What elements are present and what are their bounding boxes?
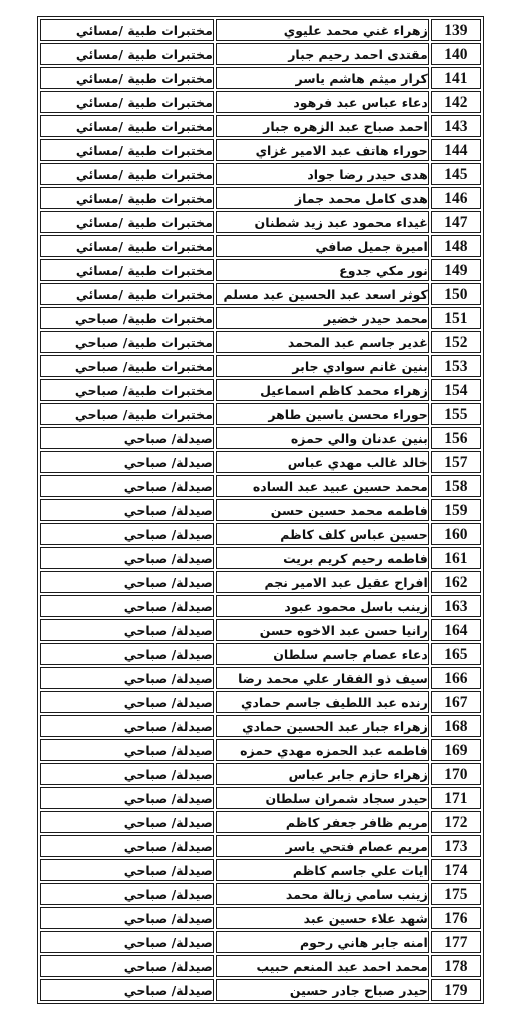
- row-number: 153: [431, 355, 481, 377]
- row-number: 166: [431, 667, 481, 689]
- student-name: محمد حيدر خضير: [216, 307, 429, 329]
- student-name: رانيا حسن عبد الاخوه حسن: [216, 619, 429, 641]
- department-shift: صيدلة/ صباحي: [40, 859, 214, 881]
- table-row: 159 فاطمه محمد حسين حسن صيدلة/ صباحي: [40, 499, 481, 521]
- table-row: 161 فاطمه رحيم كريم بريت صيدلة/ صباحي: [40, 547, 481, 569]
- row-number: 148: [431, 235, 481, 257]
- student-name: دعاء عصام جاسم سلطان: [216, 643, 429, 665]
- student-name: فاطمه محمد حسين حسن: [216, 499, 429, 521]
- table-row: 179 حيدر صباح جادر حسين صيدلة/ صباحي: [40, 979, 481, 1001]
- row-number: 139: [431, 19, 481, 41]
- department-shift: صيدلة/ صباحي: [40, 739, 214, 761]
- student-name: زينب باسل محمود عبود: [216, 595, 429, 617]
- table-row: 175 زينب سامي زبالة محمد صيدلة/ صباحي: [40, 883, 481, 905]
- department-shift: صيدلة/ صباحي: [40, 715, 214, 737]
- table-row: 178 محمد احمد عبد المنعم حبيب صيدلة/ صبا…: [40, 955, 481, 977]
- department-shift: صيدلة/ صباحي: [40, 451, 214, 473]
- table-row: 145 هدى حيدر رضا جواد مختبرات طبية /مسائ…: [40, 163, 481, 185]
- department-shift: صيدلة/ صباحي: [40, 955, 214, 977]
- student-name: مقتدى احمد رحيم جبار: [216, 43, 429, 65]
- student-name: احمد صباح عبد الزهره جبار: [216, 115, 429, 137]
- row-number: 173: [431, 835, 481, 857]
- department-shift: صيدلة/ صباحي: [40, 547, 214, 569]
- row-number: 167: [431, 691, 481, 713]
- table-row: 146 هدى كامل محمد جماز مختبرات طبية /مسا…: [40, 187, 481, 209]
- table-row: 156 بنين عدنان والي حمزه صيدلة/ صباحي: [40, 427, 481, 449]
- table-row: 168 زهراء جبار عبد الحسين حمادي صيدلة/ ص…: [40, 715, 481, 737]
- student-name: خالد غالب مهدي عباس: [216, 451, 429, 473]
- table-row: 149 نور مكي جدوع مختبرات طبية /مسائي: [40, 259, 481, 281]
- row-number: 142: [431, 91, 481, 113]
- row-number: 143: [431, 115, 481, 137]
- table-row: 155 حوراء محسن ياسين طاهر مختبرات طبية/ …: [40, 403, 481, 425]
- table-row: 165 دعاء عصام جاسم سلطان صيدلة/ صباحي: [40, 643, 481, 665]
- table-row: 171 حيدر سجاد شمران سلطان صيدلة/ صباحي: [40, 787, 481, 809]
- department-shift: صيدلة/ صباحي: [40, 595, 214, 617]
- department-shift: مختبرات طبية /مسائي: [40, 91, 214, 113]
- row-number: 158: [431, 475, 481, 497]
- row-number: 177: [431, 931, 481, 953]
- row-number: 161: [431, 547, 481, 569]
- table-row: 163 زينب باسل محمود عبود صيدلة/ صباحي: [40, 595, 481, 617]
- table-row: 157 خالد غالب مهدي عباس صيدلة/ صباحي: [40, 451, 481, 473]
- row-number: 157: [431, 451, 481, 473]
- row-number: 174: [431, 859, 481, 881]
- student-name: غيداء محمود عبد زيد شطنان: [216, 211, 429, 233]
- student-name: زهراء جبار عبد الحسين حمادي: [216, 715, 429, 737]
- table-row: 160 حسين عباس كلف كاظم صيدلة/ صباحي: [40, 523, 481, 545]
- department-shift: صيدلة/ صباحي: [40, 979, 214, 1001]
- table-row: 139 زهراء غني محمد عليوي مختبرات طبية /م…: [40, 19, 481, 41]
- row-number: 147: [431, 211, 481, 233]
- student-name: بنين عدنان والي حمزه: [216, 427, 429, 449]
- department-shift: مختبرات طبية /مسائي: [40, 163, 214, 185]
- row-number: 175: [431, 883, 481, 905]
- table-row: 167 رنده عبد اللطيف جاسم حمادي صيدلة/ صب…: [40, 691, 481, 713]
- department-shift: مختبرات طبية /مسائي: [40, 187, 214, 209]
- row-number: 146: [431, 187, 481, 209]
- student-name: حيدر سجاد شمران سلطان: [216, 787, 429, 809]
- student-name: امنه جابر هاني رحوم: [216, 931, 429, 953]
- row-number: 152: [431, 331, 481, 353]
- department-shift: صيدلة/ صباحي: [40, 475, 214, 497]
- student-name: حسين عباس كلف كاظم: [216, 523, 429, 545]
- department-shift: مختبرات طبية /مسائي: [40, 67, 214, 89]
- row-number: 162: [431, 571, 481, 593]
- table-row: 144 حوراء هاتف عبد الامير غزاي مختبرات ط…: [40, 139, 481, 161]
- table-row: 174 ايات علي جاسم كاظم صيدلة/ صباحي: [40, 859, 481, 881]
- table-row: 152 غدير جاسم عبد المحمد مختبرات طبية/ ص…: [40, 331, 481, 353]
- row-number: 149: [431, 259, 481, 281]
- table-row: 176 شهد علاء حسين عبد صيدلة/ صباحي: [40, 907, 481, 929]
- student-name: فاطمه عبد الحمزه مهدي حمزه: [216, 739, 429, 761]
- department-shift: صيدلة/ صباحي: [40, 907, 214, 929]
- table-row: 148 اميرة جميل صافي مختبرات طبية /مسائي: [40, 235, 481, 257]
- row-number: 155: [431, 403, 481, 425]
- row-number: 154: [431, 379, 481, 401]
- department-shift: صيدلة/ صباحي: [40, 691, 214, 713]
- department-shift: صيدلة/ صباحي: [40, 811, 214, 833]
- department-shift: مختبرات طبية/ صباحي: [40, 379, 214, 401]
- row-number: 172: [431, 811, 481, 833]
- department-shift: صيدلة/ صباحي: [40, 835, 214, 857]
- student-name: افراح عقيل عبد الامير نجم: [216, 571, 429, 593]
- department-shift: صيدلة/ صباحي: [40, 931, 214, 953]
- department-shift: مختبرات طبية/ صباحي: [40, 355, 214, 377]
- row-number: 171: [431, 787, 481, 809]
- row-number: 168: [431, 715, 481, 737]
- department-shift: صيدلة/ صباحي: [40, 667, 214, 689]
- row-number: 176: [431, 907, 481, 929]
- row-number: 151: [431, 307, 481, 329]
- table-row: 150 كوثر اسعد عبد الحسين عبد مسلم مختبرا…: [40, 283, 481, 305]
- table-row: 173 مريم عصام فتحي ياسر صيدلة/ صباحي: [40, 835, 481, 857]
- table-row: 141 كرار ميثم هاشم ياسر مختبرات طبية /مس…: [40, 67, 481, 89]
- row-number: 163: [431, 595, 481, 617]
- student-name: شهد علاء حسين عبد: [216, 907, 429, 929]
- table-row: 169 فاطمه عبد الحمزه مهدي حمزه صيدلة/ صب…: [40, 739, 481, 761]
- department-shift: مختبرات طبية /مسائي: [40, 283, 214, 305]
- student-name: سيف ذو الفقار علي محمد رضا: [216, 667, 429, 689]
- department-shift: صيدلة/ صباحي: [40, 571, 214, 593]
- student-name: محمد حسين عبيد عبد الساده: [216, 475, 429, 497]
- student-name: زهراء حازم جابر عباس: [216, 763, 429, 785]
- student-name: هدى كامل محمد جماز: [216, 187, 429, 209]
- row-number: 165: [431, 643, 481, 665]
- table-row: 158 محمد حسين عبيد عبد الساده صيدلة/ صبا…: [40, 475, 481, 497]
- row-number: 170: [431, 763, 481, 785]
- department-shift: صيدلة/ صباحي: [40, 643, 214, 665]
- table-row: 151 محمد حيدر خضير مختبرات طبية/ صباحي: [40, 307, 481, 329]
- student-name: زهراء غني محمد عليوي: [216, 19, 429, 41]
- department-shift: مختبرات طبية /مسائي: [40, 115, 214, 137]
- table-row: 142 دعاء عباس عبد فرهود مختبرات طبية /مس…: [40, 91, 481, 113]
- department-shift: صيدلة/ صباحي: [40, 763, 214, 785]
- row-number: 179: [431, 979, 481, 1001]
- table-row: 164 رانيا حسن عبد الاخوه حسن صيدلة/ صباح…: [40, 619, 481, 641]
- row-number: 141: [431, 67, 481, 89]
- table-row: 170 زهراء حازم جابر عباس صيدلة/ صباحي: [40, 763, 481, 785]
- student-name: فاطمه رحيم كريم بريت: [216, 547, 429, 569]
- department-shift: صيدلة/ صباحي: [40, 523, 214, 545]
- student-name: مريم عصام فتحي ياسر: [216, 835, 429, 857]
- row-number: 178: [431, 955, 481, 977]
- table-row: 147 غيداء محمود عبد زيد شطنان مختبرات طب…: [40, 211, 481, 233]
- student-name: نور مكي جدوع: [216, 259, 429, 281]
- table-row: 143 احمد صباح عبد الزهره جبار مختبرات طب…: [40, 115, 481, 137]
- table-row: 153 بنين غانم سوادي جابر مختبرات طبية/ ص…: [40, 355, 481, 377]
- table-row: 177 امنه جابر هاني رحوم صيدلة/ صباحي: [40, 931, 481, 953]
- table-row: 154 زهراء محمد كاظم اسماعيل مختبرات طبية…: [40, 379, 481, 401]
- department-shift: صيدلة/ صباحي: [40, 499, 214, 521]
- row-number: 156: [431, 427, 481, 449]
- row-number: 159: [431, 499, 481, 521]
- student-name: زهراء محمد كاظم اسماعيل: [216, 379, 429, 401]
- department-shift: مختبرات طبية/ صباحي: [40, 403, 214, 425]
- student-name: بنين غانم سوادي جابر: [216, 355, 429, 377]
- department-shift: مختبرات طبية/ صباحي: [40, 331, 214, 353]
- department-shift: صيدلة/ صباحي: [40, 787, 214, 809]
- department-shift: مختبرات طبية/ صباحي: [40, 307, 214, 329]
- table-row: 166 سيف ذو الفقار علي محمد رضا صيدلة/ صب…: [40, 667, 481, 689]
- row-number: 160: [431, 523, 481, 545]
- student-name: حوراء هاتف عبد الامير غزاي: [216, 139, 429, 161]
- student-name: حوراء محسن ياسين طاهر: [216, 403, 429, 425]
- roster-table-body: 139 زهراء غني محمد عليوي مختبرات طبية /م…: [40, 19, 481, 1001]
- department-shift: مختبرات طبية /مسائي: [40, 259, 214, 281]
- department-shift: صيدلة/ صباحي: [40, 883, 214, 905]
- student-name: مريم ظافر جعفر كاظم: [216, 811, 429, 833]
- table-row: 172 مريم ظافر جعفر كاظم صيدلة/ صباحي: [40, 811, 481, 833]
- student-name: اميرة جميل صافي: [216, 235, 429, 257]
- student-name: ايات علي جاسم كاظم: [216, 859, 429, 881]
- student-name: غدير جاسم عبد المحمد: [216, 331, 429, 353]
- department-shift: مختبرات طبية /مسائي: [40, 235, 214, 257]
- department-shift: مختبرات طبية /مسائي: [40, 139, 214, 161]
- student-name: رنده عبد اللطيف جاسم حمادي: [216, 691, 429, 713]
- row-number: 144: [431, 139, 481, 161]
- row-number: 145: [431, 163, 481, 185]
- student-name: كوثر اسعد عبد الحسين عبد مسلم: [216, 283, 429, 305]
- table-row: 162 افراح عقيل عبد الامير نجم صيدلة/ صبا…: [40, 571, 481, 593]
- student-name: حيدر صباح جادر حسين: [216, 979, 429, 1001]
- row-number: 150: [431, 283, 481, 305]
- department-shift: مختبرات طبية /مسائي: [40, 19, 214, 41]
- department-shift: صيدلة/ صباحي: [40, 427, 214, 449]
- roster-table: 139 زهراء غني محمد عليوي مختبرات طبية /م…: [37, 16, 484, 1004]
- department-shift: مختبرات طبية /مسائي: [40, 211, 214, 233]
- student-name: محمد احمد عبد المنعم حبيب: [216, 955, 429, 977]
- student-name: هدى حيدر رضا جواد: [216, 163, 429, 185]
- department-shift: مختبرات طبية /مسائي: [40, 43, 214, 65]
- row-number: 140: [431, 43, 481, 65]
- department-shift: صيدلة/ صباحي: [40, 619, 214, 641]
- student-name: دعاء عباس عبد فرهود: [216, 91, 429, 113]
- student-name: كرار ميثم هاشم ياسر: [216, 67, 429, 89]
- student-name: زينب سامي زبالة محمد: [216, 883, 429, 905]
- row-number: 169: [431, 739, 481, 761]
- document-page: 139 زهراء غني محمد عليوي مختبرات طبية /م…: [0, 0, 521, 1024]
- row-number: 164: [431, 619, 481, 641]
- table-row: 140 مقتدى احمد رحيم جبار مختبرات طبية /م…: [40, 43, 481, 65]
